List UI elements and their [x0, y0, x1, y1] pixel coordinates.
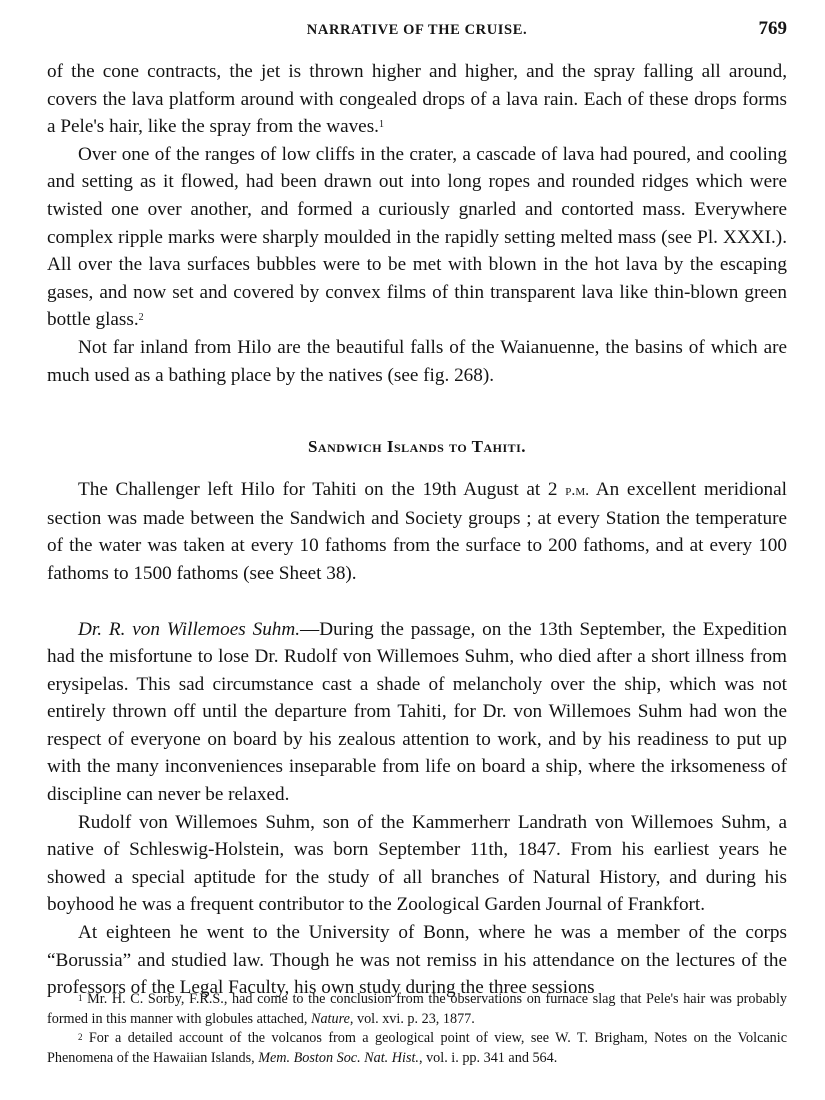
- running-title: NARRATIVE OF THE CRUISE.: [47, 22, 787, 39]
- paragraph-willemoes-suhm-biography: Rudolf von Willemoes Suhm, son of the Ka…: [47, 809, 787, 919]
- paragraph-cone-spray: of the cone contracts, the jet is thrown…: [47, 58, 787, 141]
- body-text: of the cone contracts, the jet is thrown…: [47, 58, 787, 1002]
- footnote-mark: 1: [78, 993, 83, 1003]
- footnote-2: 2 For a detailed account of the volcanos…: [47, 1029, 787, 1068]
- spacer: [47, 588, 787, 616]
- section-heading: Sandwich Islands to Tahiti.: [47, 433, 787, 460]
- footnotes: 1 Mr. H. C. Sorby, F.R.S., had come to t…: [47, 990, 787, 1068]
- page-header: NARRATIVE OF THE CRUISE. 769: [47, 14, 787, 44]
- paragraph-challenger-departure: The Challenger left Hilo for Tahiti on t…: [47, 476, 787, 587]
- paragraph-lava-cascade: Over one of the ranges of low cliffs in …: [47, 141, 787, 334]
- footnote-mark: 2: [78, 1032, 83, 1042]
- spacer: [47, 460, 787, 476]
- spacer: [47, 389, 787, 433]
- subsection-lead: Dr. R. von Willemoes Suhm.: [78, 619, 300, 640]
- page-number: 769: [759, 18, 788, 40]
- footnote-ref-1[interactable]: 1: [379, 119, 384, 130]
- footnote-ref-2[interactable]: 2: [139, 312, 144, 323]
- paragraph-waianuenne-falls: Not far inland from Hilo are the beautif…: [47, 334, 787, 389]
- footnote-1: 1 Mr. H. C. Sorby, F.R.S., had come to t…: [47, 990, 787, 1029]
- paragraph-willemoes-suhm-death: Dr. R. von Willemoes Suhm.—During the pa…: [47, 616, 787, 809]
